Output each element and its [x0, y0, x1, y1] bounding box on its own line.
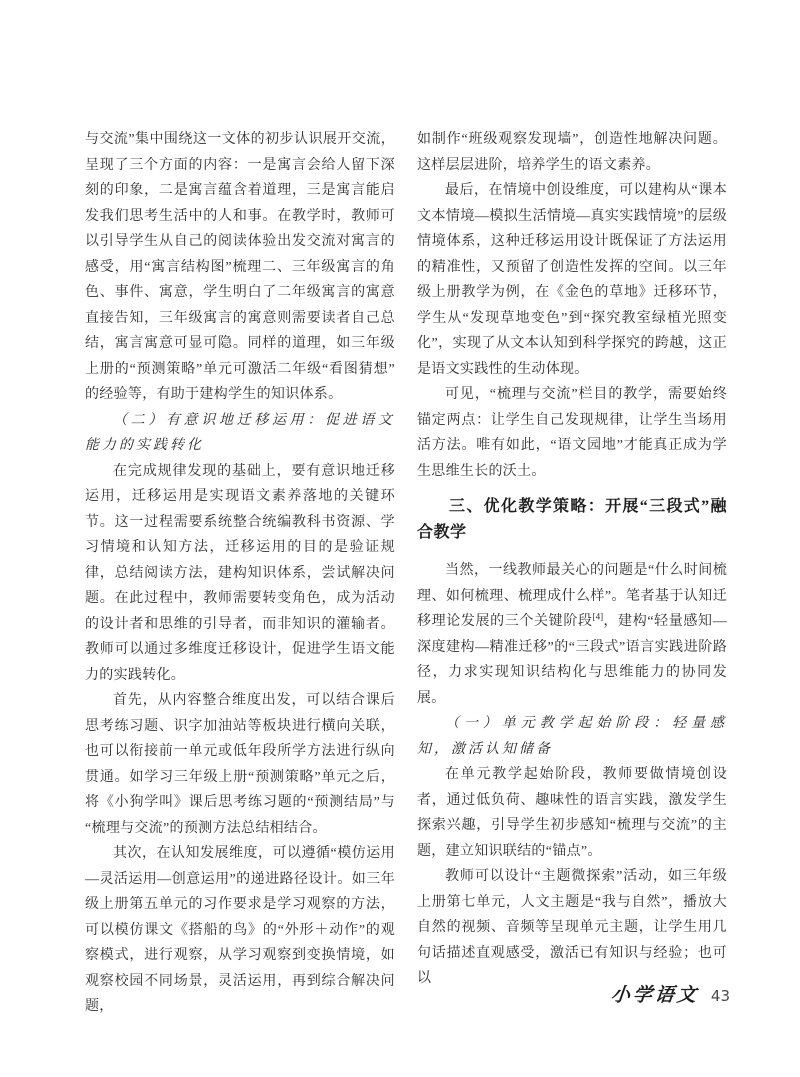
right-column: 如制作“班级观察发现墙”，创造性地解决问题。这样层层进阶，培养学生的语文素养。 …: [417, 127, 727, 1020]
paragraph: 在完成规律发现的基础上，要有意识地迁移运用，迁移运用是实现语文素养落地的关键环节…: [85, 459, 395, 689]
paragraph: 最后，在情境中创设维度，可以建构从“课本文本情境—模拟生活情境—真实实践情境”的…: [417, 178, 727, 382]
citation-marker: [4]: [593, 611, 604, 621]
two-column-layout: 与交流”集中围绕这一文体的初步认识展开交流，呈现了三个方面的内容：一是寓言会给人…: [85, 127, 727, 1020]
paragraph: 其次，在认知发展维度，可以遵循“模仿运用—灵活运用—创意运用”的递进路径设计。如…: [85, 841, 395, 1020]
article-page: 与交流”集中围绕这一文体的初步认识展开交流，呈现了三个方面的内容：一是寓言会给人…: [85, 127, 727, 1020]
paragraph: 与交流”集中围绕这一文体的初步认识展开交流，呈现了三个方面的内容：一是寓言会给人…: [85, 127, 395, 408]
paragraph: 可见，“梳理与交流”栏目的教学，需要始终锚定两点：让学生自己发现规律，让学生当场…: [417, 382, 727, 484]
section-subheading: （一）单元教学起始阶段：轻量感知，激活认知储备: [417, 711, 727, 762]
journal-logo: 小学语文: [609, 980, 700, 1007]
left-column: 与交流”集中围绕这一文体的初步认识展开交流，呈现了三个方面的内容：一是寓言会给人…: [85, 127, 395, 1020]
page-number: 43: [711, 987, 730, 1005]
paragraph: 在单元教学起始阶段，教师要做情境创设者，通过低负荷、趣味性的语言实践，激发学生探…: [417, 762, 727, 864]
section-subheading: （二）有意识地迁移运用：促进语文能力的实践转化: [85, 408, 395, 459]
section-heading: 三、优化教学策略：开展“三段式”融合教学: [417, 494, 727, 546]
paragraph: 教师可以设计“主题微探索”活动，如三年级上册第七单元，人文主题是“我与自然”，播…: [417, 864, 727, 992]
paragraph: 如制作“班级观察发现墙”，创造性地解决问题。这样层层进阶，培养学生的语文素养。: [417, 127, 727, 178]
paragraph-with-citation: 当然，一线教师最关心的问题是“什么时间梳理、如何梳理、梳理成什么样”。笔者基于认…: [417, 558, 727, 711]
paragraph: 首先，从内容整合维度出发，可以结合课后思考练习题、识字加油站等板块进行横向关联，…: [85, 688, 395, 841]
page-footer: 小学语文 43: [611, 980, 730, 1007]
